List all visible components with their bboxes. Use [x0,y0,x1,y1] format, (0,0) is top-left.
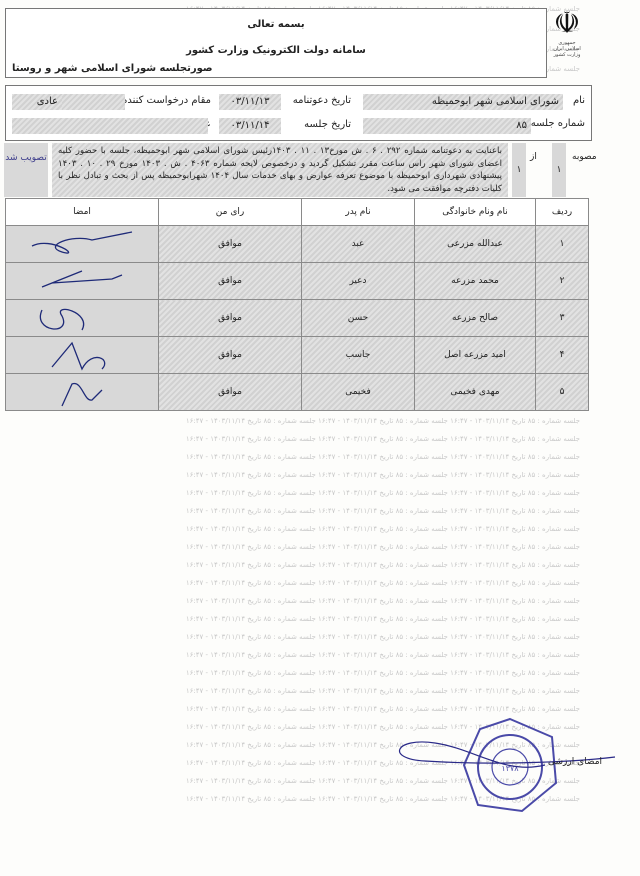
member-signature [6,374,159,411]
session-number-label: شماره جلسه [531,118,585,129]
reason-value [12,118,208,134]
member-name: عبدالله مزرعی [415,226,536,263]
row-index: ۳ [536,300,589,337]
invite-date-value: ۰۳/۱۱/۱۳ [219,94,281,110]
watermark-line: جلسه شماره : ۸۵ تاریخ ۱۴۰۳/۱۱/۱۴ - ۱۶:۴۷… [120,580,580,587]
member-name: مهدی فخیمی [415,374,536,411]
handwritten-signature-icon [22,339,142,371]
resolution-label: مصوبه [572,152,597,162]
resolution-number: ۱ [552,143,566,197]
watermark-line: جلسه شماره : ۸۵ تاریخ ۱۴۰۳/۱۱/۱۴ - ۱۶:۴۷… [120,544,580,551]
handwritten-signature-icon [22,302,142,334]
watermark-line: جلسه شماره : ۸۵ تاریخ ۱۴۰۳/۱۱/۱۴ - ۱۶:۴۷… [120,418,580,425]
watermark-line: جلسه شماره : ۸۵ تاریخ ۱۴۰۳/۱۱/۱۴ - ۱۶:۴۷… [120,472,580,479]
father-name: حسن [302,300,415,337]
father-name: جاسب [302,337,415,374]
col-index: ردیف [536,199,589,226]
watermark-line: جلسه شماره : ۸۵ تاریخ ۱۴۰۳/۱۱/۱۴ - ۱۶:۴۷… [120,490,580,497]
father-name: عبد [302,226,415,263]
watermark-line: جلسه شماره : ۸۵ تاریخ ۱۴۰۳/۱۱/۱۴ - ۱۶:۴۷… [120,454,580,461]
col-vote: رای من [159,199,302,226]
watermark-line: جلسه شماره : ۸۵ تاریخ ۱۴۰۳/۱۱/۱۴ - ۱۶:۴۷… [120,652,580,659]
member-vote: موافق [159,374,302,411]
session-type-value: عادی [12,94,62,110]
member-signature [6,300,159,337]
row-index: ۲ [536,263,589,300]
invite-date-label: تاریخ دعوتنامه [293,95,351,106]
member-signature [6,263,159,300]
resolution-text: باعنایت به دعوتنامه شماره ۲۹۲ . ۶ . ش مو… [52,143,508,197]
name-value: شورای اسلامی شهر ابوحمیظه [363,94,563,110]
signers-label: امضای ارزشی [548,757,602,767]
father-name: فخیمی [302,374,415,411]
session-info: نام شورای اسلامی شهر ابوحمیظه تاریخ دعوت… [5,85,592,141]
table-header-row: ردیف نام ونام خانوادگی نام پدر رای من ام… [6,199,589,226]
table-row: ۴امید مزرعه اصلجاسبموافق [6,337,589,374]
session-number-value: ۸۵ [363,118,531,134]
system-name: سامانه دولت الکترونیک وزارت کشور [6,45,546,56]
table-row: ۳صالح مزرعهحسنموافق [6,300,589,337]
table-row: ۵مهدی فخیمیفخیمیموافق [6,374,589,411]
row-index: ۱ [536,226,589,263]
iran-emblem-logo: ☫ جمهوری اسلامی ایران وزارت کشور [552,8,582,63]
session-date-label: تاریخ جلسه [304,119,351,130]
watermark-line: جلسه شماره : ۸۵ تاریخ ۱۴۰۳/۱۱/۱۴ - ۱۶:۴۷… [120,688,580,695]
member-name: محمد مزرعه [415,263,536,300]
table-row: ۱عبدالله مزرعیعبدموافق [6,226,589,263]
member-vote: موافق [159,300,302,337]
name-label: نام [573,95,585,106]
requester-label: مقام درخواست کننده [122,95,211,106]
row-index: ۴ [536,337,589,374]
table-row: ۲محمد مزرعهدعیرموافق [6,263,589,300]
approval-status: تصویب شد [4,143,48,197]
emblem-icon: ☫ [552,8,582,40]
watermark-line: جلسه شماره : ۸۵ تاریخ ۱۴۰۳/۱۱/۱۴ - ۱۶:۴۷… [120,616,580,623]
members-vote-table: ردیف نام ونام خانوادگی نام پدر رای من ام… [5,198,589,411]
document-header: بسمه تعالی سامانه دولت الکترونیک وزارت ک… [5,8,547,78]
session-date-value: ۰۳/۱۱/۱۴ [219,118,281,134]
member-vote: موافق [159,263,302,300]
basmala: بسمه تعالی [6,19,546,30]
member-vote: موافق [159,337,302,374]
watermark-line: جلسه شماره : ۸۵ تاریخ ۱۴۰۳/۱۱/۱۴ - ۱۶:۴۷… [120,598,580,605]
resolution-of-label: از [530,152,537,162]
col-signature: امضا [6,199,159,226]
col-full-name: نام ونام خانوادگی [415,199,536,226]
watermark-line: جلسه شماره : ۸۵ تاریخ ۱۴۰۳/۱۱/۱۴ - ۱۶:۴۷… [120,526,580,533]
document-title: صورتجلسه شورای اسلامی شهر و روستا [12,63,213,74]
watermark-line: جلسه شماره : ۸۵ تاریخ ۱۴۰۳/۱۱/۱۴ - ۱۶:۴۷… [120,562,580,569]
handwritten-signature-icon [22,228,142,260]
father-name: دعیر [302,263,415,300]
member-name: امید مزرعه اصل [415,337,536,374]
handwritten-signature-icon [22,265,142,297]
member-signature [6,337,159,374]
member-vote: موافق [159,226,302,263]
logo-caption-1: جمهوری اسلامی ایران [552,40,582,52]
row-index: ۵ [536,374,589,411]
member-name: صالح مزرعه [415,300,536,337]
handwritten-signature-icon [22,376,142,408]
resolution-total: ۱ [512,143,526,197]
watermark-line: جلسه شماره : ۸۵ تاریخ ۱۴۰۳/۱۱/۱۴ - ۱۶:۴۷… [120,436,580,443]
logo-caption-2: وزارت کشور [552,52,582,58]
watermark-line: جلسه شماره : ۸۵ تاریخ ۱۴۰۳/۱۱/۱۴ - ۱۶:۴۷… [120,706,580,713]
watermark-line: جلسه شماره : ۸۵ تاریخ ۱۴۰۳/۱۱/۱۴ - ۱۶:۴۷… [120,634,580,641]
col-father-name: نام پدر [302,199,415,226]
member-signature [6,226,159,263]
watermark-line: جلسه شماره : ۸۵ تاریخ ۱۴۰۳/۱۱/۱۴ - ۱۶:۴۷… [120,508,580,515]
watermark-line: جلسه شماره : ۸۵ تاریخ ۱۴۰۳/۱۱/۱۴ - ۱۶:۴۷… [120,670,580,677]
